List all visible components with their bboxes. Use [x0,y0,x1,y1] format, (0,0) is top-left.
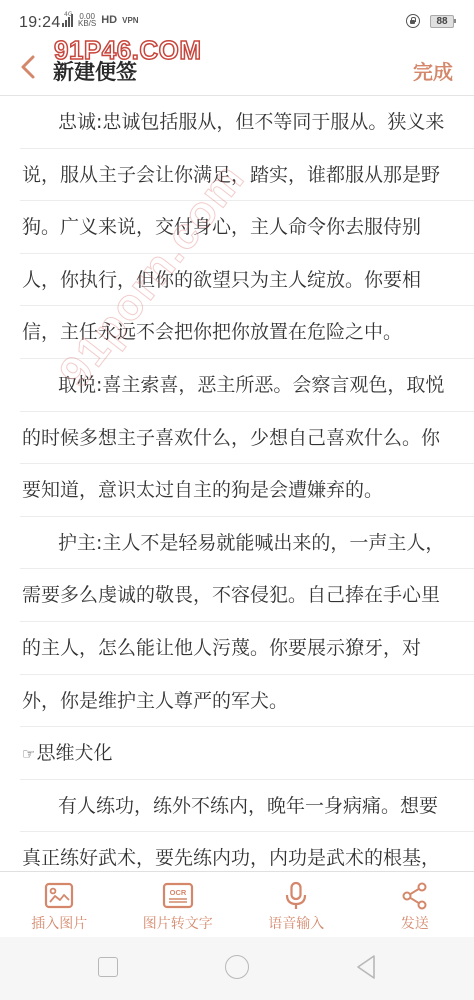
note-line[interactable]: 取悦:喜主索喜，恶主所恶。会察言观色，取悦 [20,359,474,412]
note-line[interactable]: 需要多么虔诚的敬畏，不容侵犯。自己捧在手心里 [20,569,474,622]
svg-text:OCR: OCR [169,888,186,897]
home-button[interactable] [225,955,249,979]
note-line[interactable]: 说，服从主子会让你满足，踏实，谁都服从那是野 [20,149,474,202]
triangle-back-icon [355,954,377,980]
note-line[interactable]: 的时候多想主子喜欢什么，少想自己喜欢什么。你 [20,412,474,465]
page-title: 新建便签 [53,56,137,86]
insert-image-button[interactable]: 插入图片 [0,872,119,937]
system-nav-bar [0,937,474,1000]
recent-apps-button[interactable] [98,957,118,977]
status-time: 19:24 [19,14,61,32]
system-back-button[interactable] [355,954,377,980]
app-header: 新建便签 完成 [0,40,474,96]
signal-icon: 4G [62,13,73,27]
back-button[interactable] [16,52,40,82]
status-bar: 19:24 4G 0.00 KB/S HD VPN 88 [0,0,474,40]
network-speed: 0.00 KB/S [78,13,96,27]
note-line[interactable]: 外，你是维护主人尊严的军犬。 [20,675,474,728]
note-line[interactable]: 的主人，怎么能让他人污蔑。你要展示獠牙，对 [20,622,474,675]
bottom-toolbar: 插入图片 OCR 图片转文字 语音输入 发送 [0,871,474,937]
image-icon [43,881,75,911]
voice-input-button[interactable]: 语音输入 [237,872,356,937]
note-line-heading[interactable]: ☞思维犬化 [20,727,474,780]
battery-icon: 88 [430,15,456,28]
note-line[interactable]: 护主:主人不是轻易就能喊出来的，一声主人， [20,517,474,570]
ocr-button[interactable]: OCR 图片转文字 [119,872,238,937]
rotation-lock-icon [406,14,420,28]
send-button[interactable]: 发送 [356,872,474,937]
vpn-icon: VPN [122,16,138,25]
pointing-hand-icon: ☞ [22,745,35,763]
note-line[interactable]: 真正练好武术，要先练内功，内功是武术的根基， [20,832,474,871]
chevron-left-icon [16,52,40,82]
note-line[interactable]: 要知道，意识太过自主的狗是会遭嫌弃的。 [20,464,474,517]
note-line[interactable]: 人，你执行，但你的欲望只为主人绽放。你要相 [20,254,474,307]
note-editor[interactable]: 忠诚:忠诚包括服从，但不等同于服从。狭义来 说，服从主子会让你满足，踏实，谁都服… [0,96,474,871]
note-line[interactable]: 狗。广义来说，交付身心，主人命令你去服侍别 [20,201,474,254]
note-line[interactable]: 忠诚:忠诚包括服从，但不等同于服从。狭义来 [20,96,474,149]
note-line[interactable]: 信，主任永远不会把你把你放置在危险之中。 [20,306,474,359]
note-line[interactable]: 有人练功，练外不练内，晚年一身病痛。想要 [20,780,474,833]
battery-level: 88 [430,15,454,28]
network-indicators: 4G 0.00 KB/S HD VPN [62,13,139,27]
ocr-icon: OCR [162,881,194,911]
microphone-icon [280,881,312,911]
done-button[interactable]: 完成 [413,56,453,85]
status-right: 88 [406,14,456,28]
hd-icon: HD [101,14,117,26]
share-icon [399,881,431,911]
